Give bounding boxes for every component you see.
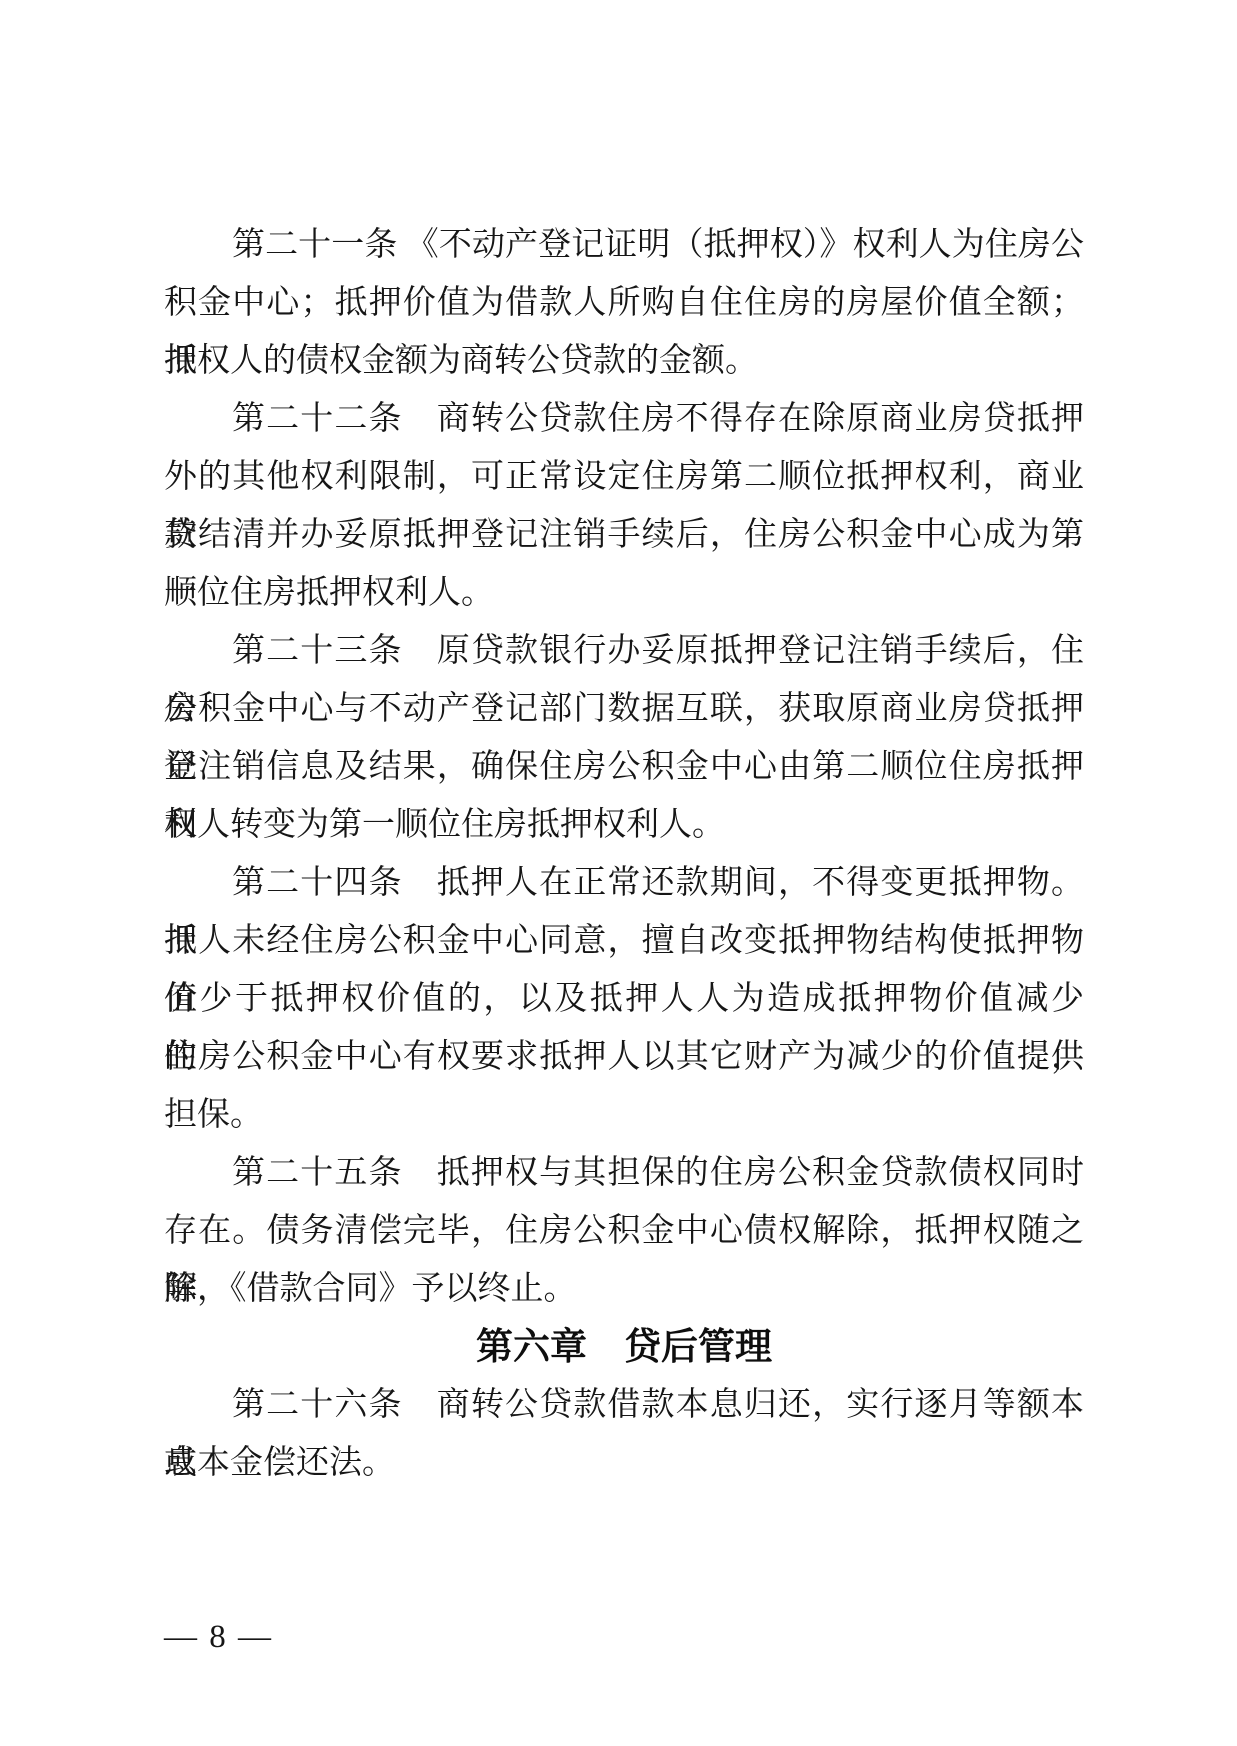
text-line: 第二十三条 原贷款银行办妥原抵押登记注销手续后，住房 [164,622,1084,680]
text-line: 值少于抵押权价值的，以及抵押人人为造成抵押物价值减少的， [164,970,1084,1028]
text-line: 押权人的债权金额为商转公贷款的金额。 [164,332,1084,390]
text-line: 押人未经住房公积金中心同意，擅自改变抵押物结构使抵押物价 [164,912,1084,970]
text-line: 公积金中心与不动产登记部门数据互联，获取原商业房贷抵押登 [164,680,1084,738]
document-body: 第二十一条 《不动产登记证明（抵押权）》权利人为住房公积金中心；抵押价值为借款人… [164,216,1084,1492]
text-line: 存在。债务清偿完毕，住房公积金中心债权解除，抵押权随之解 [164,1202,1084,1260]
text-line: 记注销信息及结果，确保住房公积金中心由第二顺位住房抵押权 [164,738,1084,796]
text-line: 或本金偿还法。 [164,1434,1084,1492]
text-line: 利人转变为第一顺位住房抵押权利人。 [164,796,1084,854]
page-number: — 8 — [164,1608,273,1666]
text-line: 款结清并办妥原抵押登记注销手续后，住房公积金中心成为第一 [164,506,1084,564]
text-line: 外的其他权利限制，可正常设定住房第二顺位抵押权利，商业贷 [164,448,1084,506]
text-line: 顺位住房抵押权利人。 [164,564,1084,622]
document-page: 第二十一条 《不动产登记证明（抵押权）》权利人为住房公积金中心；抵押价值为借款人… [0,0,1237,1746]
chapter-heading: 第六章 贷后管理 [164,1318,1084,1376]
text-line: 第二十二条 商转公贷款住房不得存在除原商业房贷抵押 [164,390,1084,448]
text-line: 住房公积金中心有权要求抵押人以其它财产为减少的价值提供 [164,1028,1084,1086]
text-line: 第二十四条 抵押人在正常还款期间，不得变更抵押物。抵 [164,854,1084,912]
text-line: 第二十六条 商转公贷款借款本息归还，实行逐月等额本息 [164,1376,1084,1434]
text-line: 担保。 [164,1086,1084,1144]
text-line: 除，《借款合同》予以终止。 [164,1260,1084,1318]
text-line: 第二十一条 《不动产登记证明（抵押权）》权利人为住房公 [164,216,1084,274]
text-line: 积金中心；抵押价值为借款人所购自住住房的房屋价值全额；抵 [164,274,1084,332]
text-line: 第二十五条 抵押权与其担保的住房公积金贷款债权同时 [164,1144,1084,1202]
